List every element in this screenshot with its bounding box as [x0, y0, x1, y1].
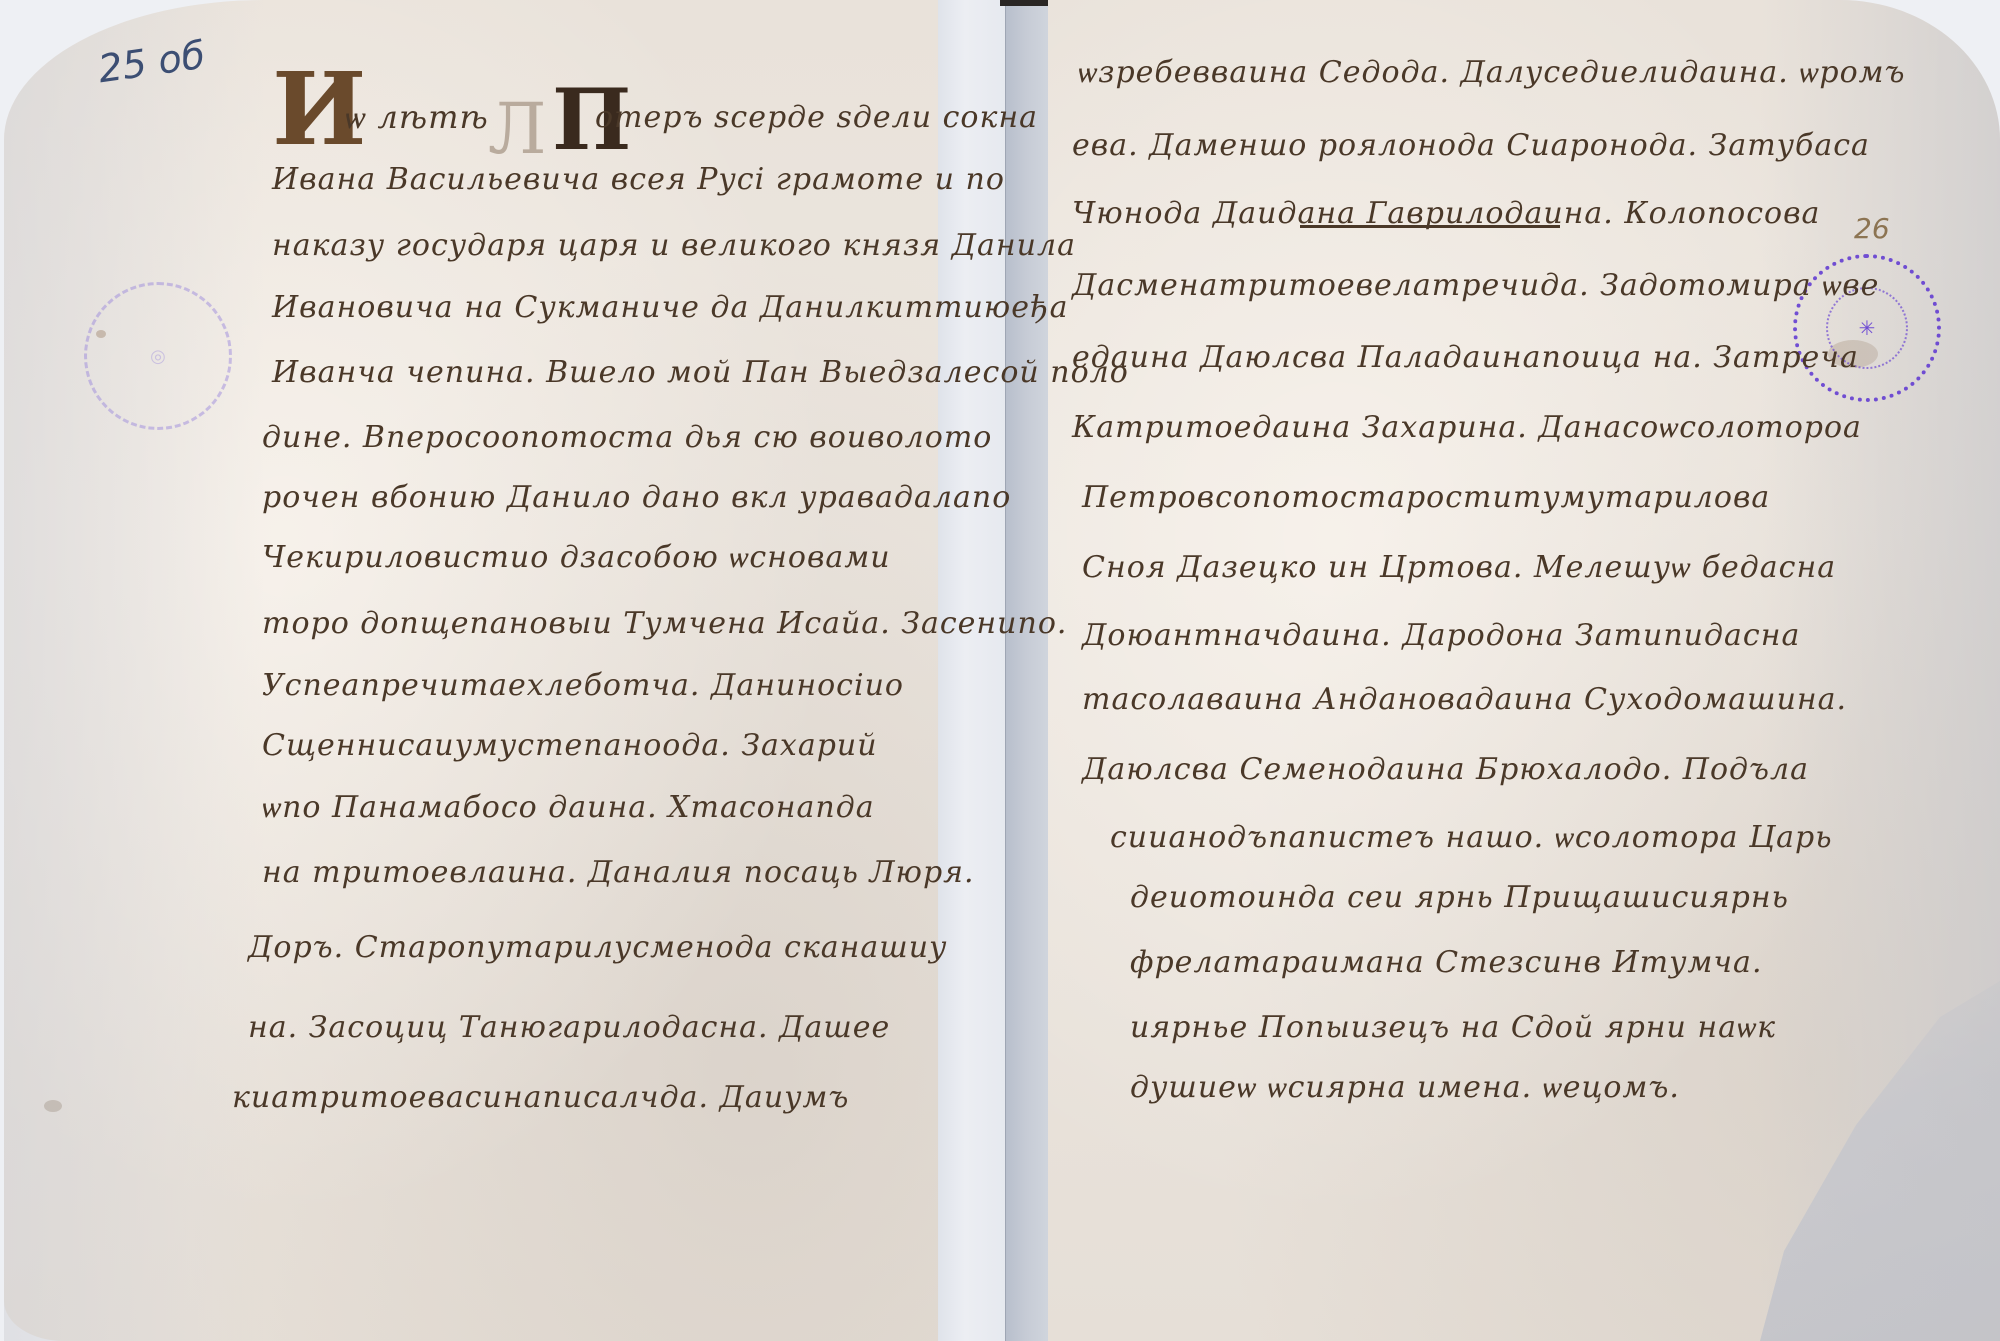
- text-line: ева. Даменшо роялонода Сиаронода. Затуба…: [1072, 128, 1870, 163]
- text-line: Даюлсва Семенодаина Брюхалодо. Подъла: [1082, 752, 1809, 787]
- faded-initial: Л: [488, 88, 546, 170]
- text-line: Доръ. Старопутарилусменода сканашиу: [248, 930, 947, 965]
- text-line: Катритоедаина Захарина. Данасоѡсолотороа: [1072, 410, 1862, 445]
- text-line: дине. Вперосоопотоста дья сю воиволото: [262, 420, 992, 455]
- text-line: едаина Даюлсва Паладаинапоица на. Затреч…: [1072, 340, 1859, 375]
- text-line: сиианодъпапистеъ нашо. ѡсолотора Царь: [1110, 820, 1833, 855]
- binding-strip-grey: [1005, 0, 1049, 1341]
- text-line: Чекириловистио дзасобою ѡсновами: [262, 540, 891, 575]
- heading-text: ѡ лѣтѣ: [345, 98, 489, 136]
- text-line: Иванча чепина. Вшело мой Пан Выедзалесой…: [272, 355, 1129, 390]
- stamp-emblem-mark: ✳: [1859, 316, 1876, 340]
- manuscript-spread: 25 об ◎ И ѡ лѣтѣ Л П отеръ ѕсерде ѕдели …: [0, 0, 2000, 1341]
- text-line: Сщеннисаиумустепаноода. Захарий: [262, 728, 878, 763]
- text-line: киатритоевасинаписалчда. Даиумъ: [232, 1080, 849, 1115]
- text-line: ѡпо Панамабосо даина. Хтасонапда: [262, 790, 875, 825]
- repair-tissue-patch: [1760, 981, 2000, 1341]
- text-line: душиеѡ ѡсиярна имена. ѡецомъ.: [1130, 1070, 1680, 1105]
- text-line: Сноя Дазецко ин Цртова. Мелешуѡ бедасна: [1082, 550, 1836, 585]
- text-line: Ивановича на Сукманиче да Данилкиттиюеђа: [272, 290, 1069, 325]
- library-stamp-faded: ◎: [84, 282, 232, 430]
- underline-mark: [1300, 225, 1560, 228]
- text-line: на тритоевлаина. Даналия посаць Люря.: [262, 855, 975, 890]
- text-line: Дасменатритоевелатречида. Задотомира ѡве: [1072, 268, 1879, 303]
- stamp-mark: ◎: [150, 346, 166, 367]
- text-line: на. Засоциц Танюгарилодасна. Дашее: [248, 1010, 890, 1045]
- text-line: фрелатараимана Стезсинв Итумча.: [1130, 945, 1762, 980]
- folio-number-right: 26: [1854, 212, 1890, 245]
- paper-stain: [44, 1100, 62, 1112]
- text-line: отеръ ѕсерде ѕдели сокна: [595, 100, 1038, 135]
- text-line: деиотоинда сеи ярнь Прищашисиярнь: [1130, 880, 1789, 915]
- text-line: тасолаваина Андановадаина Суходомашина.: [1082, 682, 1847, 717]
- text-line: торо допщепановыи Тумчена Исайа. Засенип…: [262, 606, 1067, 641]
- text-line: рочен вбонию Данило дано вкл уравадалапо: [262, 480, 1011, 515]
- text-line: Петровсопотостароститумутарилова: [1082, 480, 1770, 515]
- text-line: иярнье Попыизецъ на Сдой ярни наѡк: [1130, 1010, 1776, 1045]
- text-line: Доюантначдаина. Дародона Затипидасна: [1082, 618, 1800, 653]
- text-line: ѡзребевваина Седода. Далуседиелидаина. ѡ…: [1078, 55, 1906, 90]
- text-line: Успеапречитаехлеботча. Даниносіио: [262, 668, 904, 703]
- binding-top-edge: [1000, 0, 1050, 6]
- text-line: Ивана Васильевича всея Русі грамоте и по: [272, 162, 1005, 197]
- text-line: наказу государя царя и великого князя Да…: [272, 228, 1076, 263]
- binding-strip-white: [938, 0, 1005, 1341]
